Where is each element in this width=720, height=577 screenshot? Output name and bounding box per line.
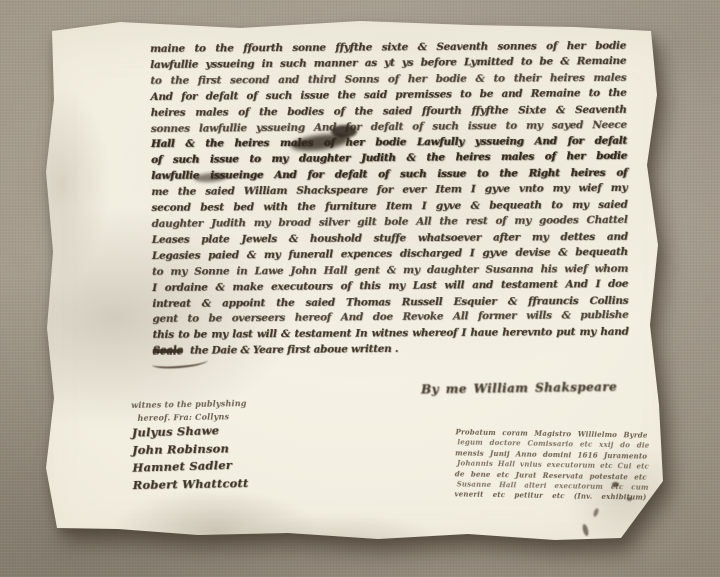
manuscript-final-line: Sealethe Daie & Yeare first aboue writte… <box>153 340 631 360</box>
paper-shadow: maine to the ffourth sonne ffyfthe sixte… <box>0 0 720 577</box>
manuscript-page: maine to the ffourth sonne ffyfthe sixte… <box>0 0 720 577</box>
witness-signature: Robert Whattcott <box>133 474 249 494</box>
witness-block: witnes to the publyshing hereof. Fra: Co… <box>131 397 248 494</box>
ink-speck <box>582 524 590 537</box>
probate-line: venerit etc petitur etc (Inv. exhibitum) <box>454 490 646 504</box>
photo-backdrop: maine to the ffourth sonne ffyfthe sixte… <box>0 0 720 577</box>
probate-note: Probatum coram Magistro Willielmo Byrde … <box>454 427 647 503</box>
final-line-text: the Daie & Yeare first aboue written . <box>190 343 398 357</box>
will-body-text: maine to the ffourth sonne ffyfthe sixte… <box>150 38 631 360</box>
struck-word: Seale <box>153 345 183 357</box>
ink-speck <box>593 508 600 518</box>
shakespeare-signature: By me William Shakspeare <box>421 380 617 397</box>
